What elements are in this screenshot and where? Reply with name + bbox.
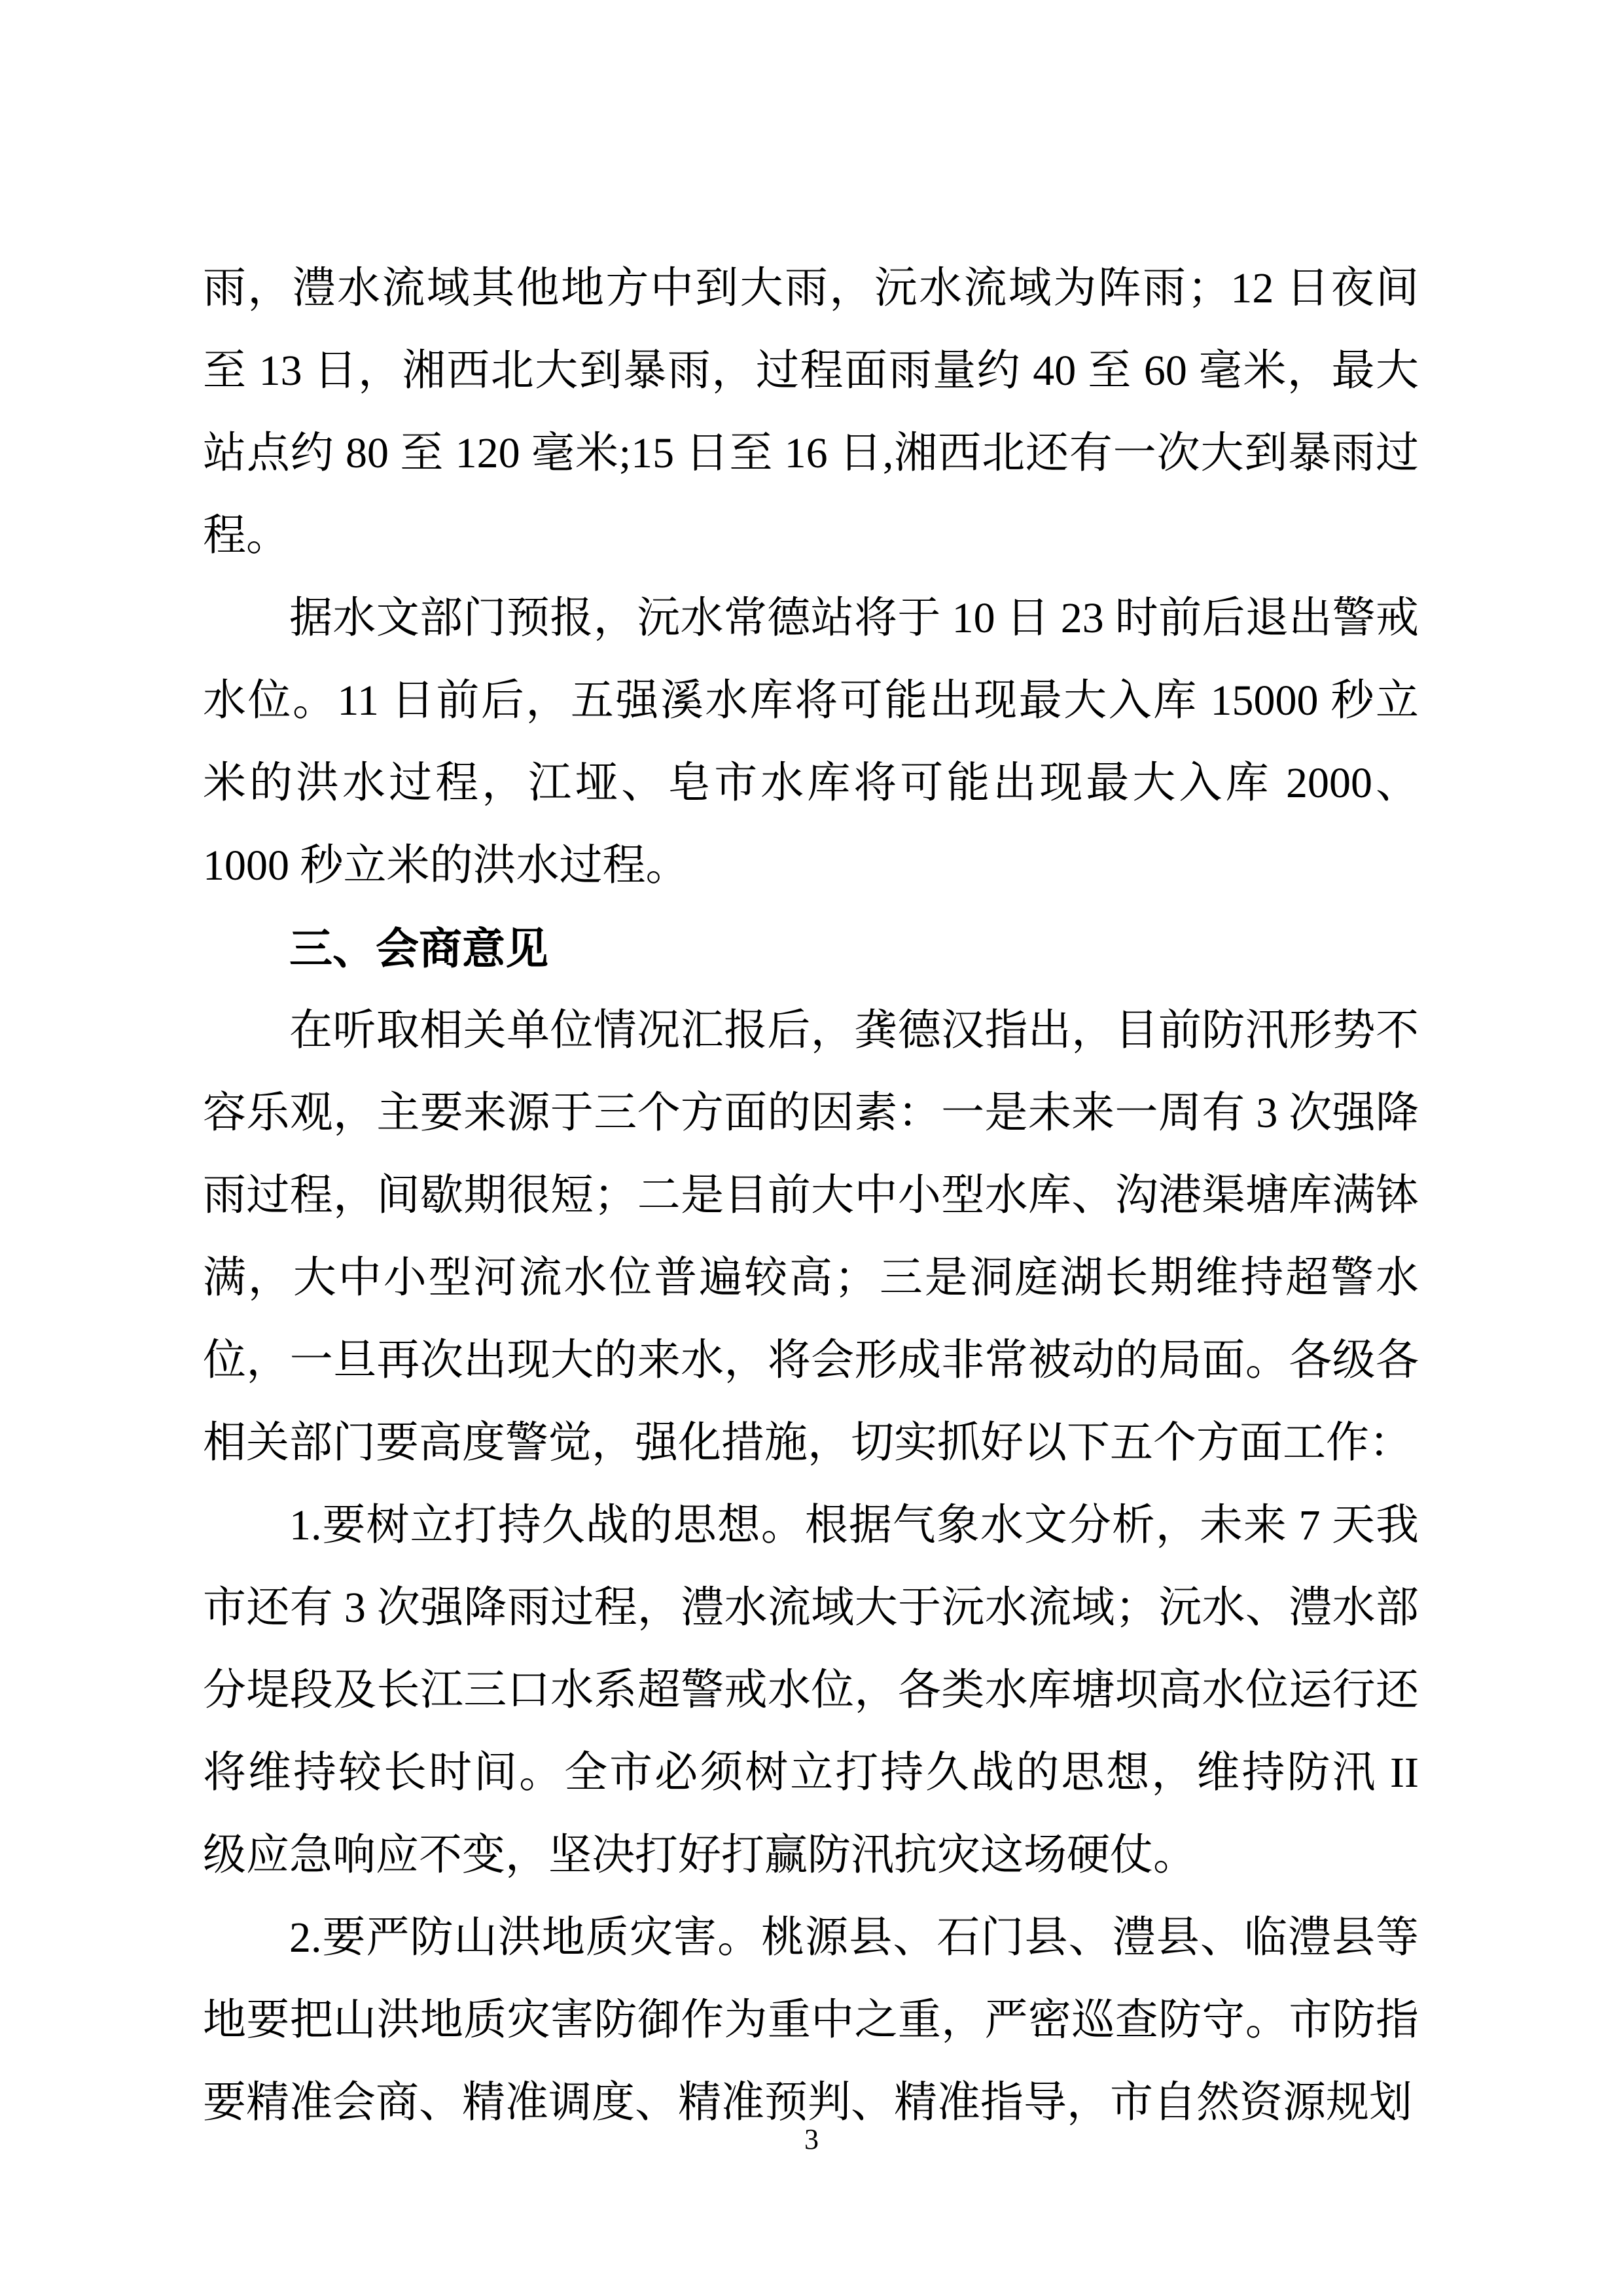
section-heading-consultation-opinions: 三、会商意见 (203, 907, 1419, 990)
paragraph-rain-forecast-continuation: 雨，澧水流域其他地方中到大雨，沅水流域为阵雨；12 日夜间至 13 日，湘西北大… (203, 247, 1419, 577)
paragraph-hydrology-forecast: 据水文部门预报，沅水常德站将于 10 日 23 时前后退出警戒水位。11 日前后… (203, 577, 1419, 907)
document-page: 雨，澧水流域其他地方中到大雨，沅水流域为阵雨；12 日夜间至 13 日，湘西北大… (0, 0, 1623, 2296)
document-body: 雨，澧水流域其他地方中到大雨，沅水流域为阵雨；12 日夜间至 13 日，湘西北大… (203, 247, 1419, 2144)
paragraph-point-2-geological-hazards: 2.要严防山洪地质灾害。桃源县、石门县、澧县、临澧县等地要把山洪地质灾害防御作为… (203, 1897, 1419, 2144)
paragraph-point-1-protracted-battle: 1.要树立打持久战的思想。根据气象水文分析，未来 7 天我市还有 3 次强降雨过… (203, 1484, 1419, 1897)
paragraph-consultation-overview: 在听取相关单位情况汇报后，龚德汉指出，目前防汛形势不容乐观，主要来源于三个方面的… (203, 990, 1419, 1484)
page-number: 3 (0, 2123, 1623, 2157)
